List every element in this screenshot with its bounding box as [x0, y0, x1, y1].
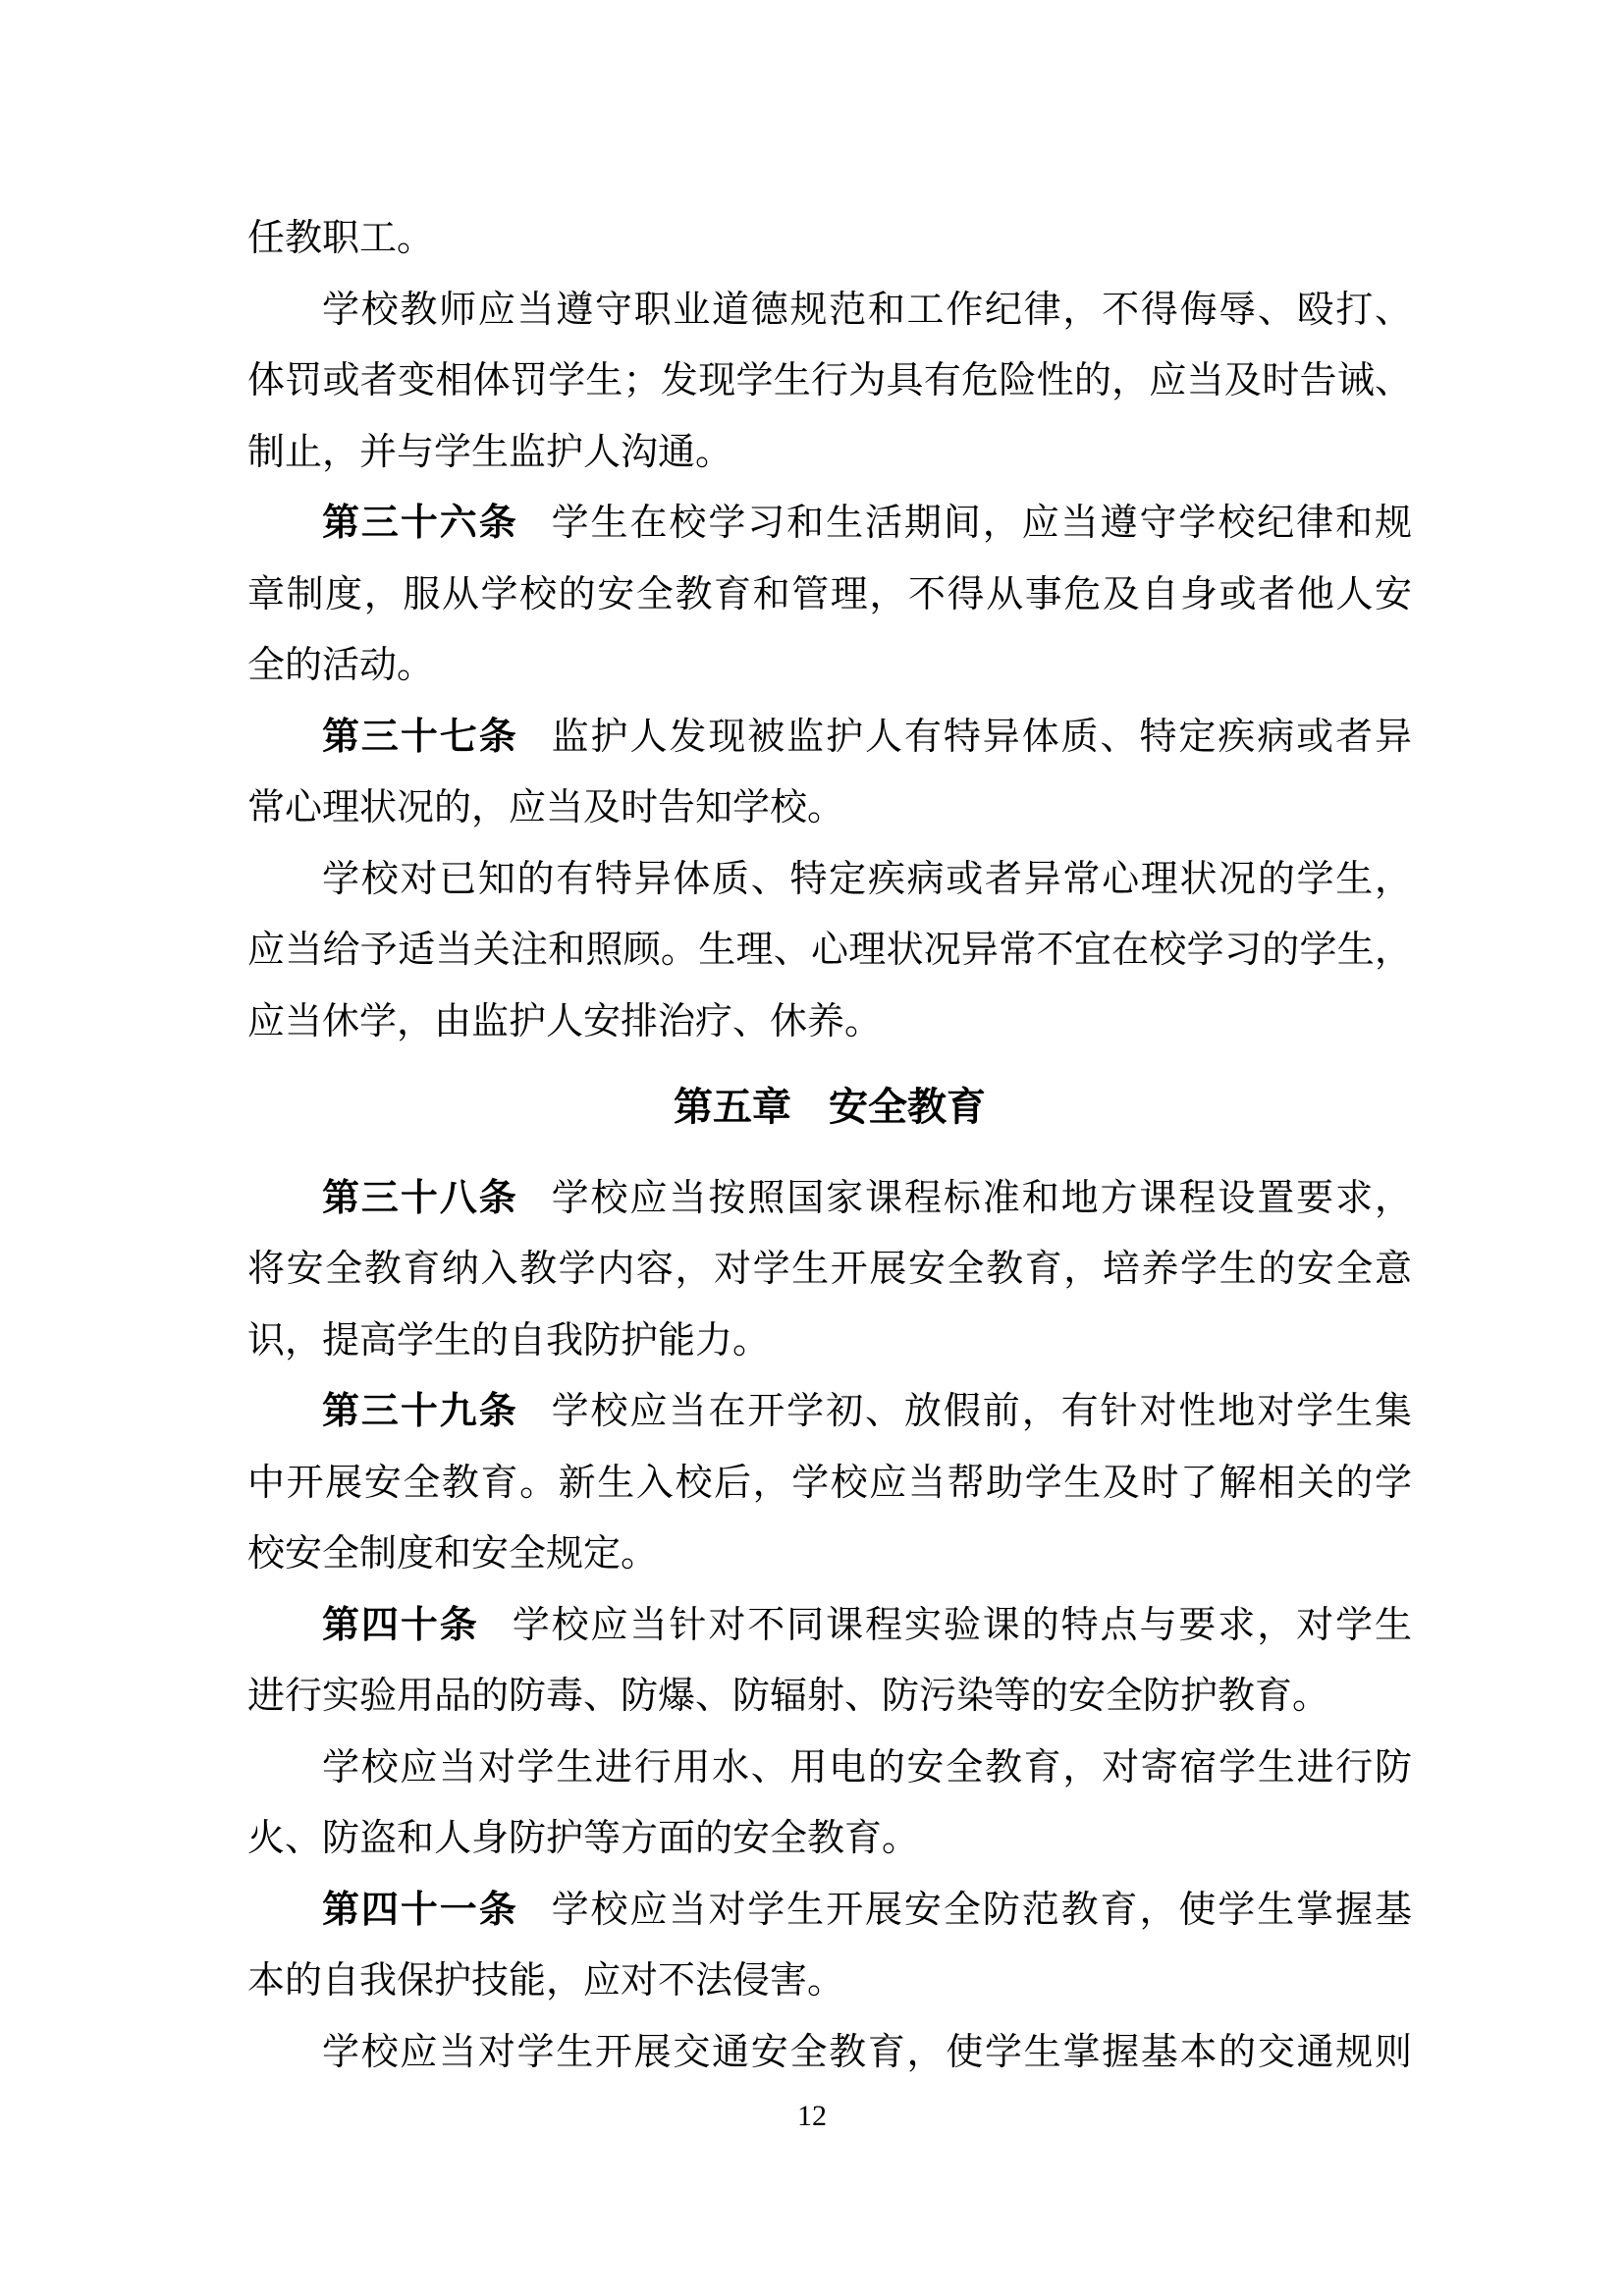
- text-line: 第四十条学校应当针对不同课程实验课的特点与要求，对学生: [247, 1590, 1412, 1662]
- text-line: 学校对已知的有特异体质、特定疾病或者异常心理状况的学生，: [247, 844, 1412, 916]
- line-text: 学校应当针对不同课程实验课的特点与要求，对学生: [513, 1605, 1412, 1646]
- line-text: 任教职工。: [247, 218, 434, 259]
- text-line: 进行实验用品的防毒、防爆、防辐射、防污染等的安全防护教育。: [247, 1661, 1412, 1733]
- text-line: 学校教师应当遵守职业道德规范和工作纪律，不得侮辱、殴打、: [247, 275, 1412, 347]
- line-text: 学校应当在开学初、放假前，有针对性地对学生集: [552, 1391, 1412, 1432]
- line-text: 应当休学，由监护人安排治疗、休养。: [247, 1001, 882, 1042]
- text-line: 第三十七条监护人发现被监护人有特异体质、特定疾病或者异: [247, 702, 1412, 774]
- text-line: 学校应当对学生进行用水、用电的安全教育，对寄宿学生进行防: [247, 1733, 1412, 1804]
- line-text: 学校应当对学生进行用水、用电的安全教育，对寄宿学生进行防: [322, 1747, 1412, 1789]
- text-line: 校安全制度和安全规定。: [247, 1519, 1412, 1590]
- document-page: 任教职工。学校教师应当遵守职业道德规范和工作纪律，不得侮辱、殴打、体罚或者变相体…: [0, 0, 1624, 2296]
- text-line: 第四十一条学校应当对学生开展安全防范教育，使学生掌握基: [247, 1875, 1412, 1947]
- line-text: 体罚或者变相体罚学生；发现学生行为具有危险性的，应当及时告诫、: [247, 360, 1412, 401]
- line-text: 学生在校学习和生活期间，应当遵守学校纪律和规: [552, 503, 1412, 544]
- line-text: 学校应当对学生开展安全防范教育，使学生掌握基: [552, 1890, 1412, 1931]
- line-text: 学校教师应当遵守职业道德规范和工作纪律，不得侮辱、殴打、: [322, 290, 1412, 331]
- text-line: 中开展安全教育。新生入校后，学校应当帮助学生及时了解相关的学: [247, 1448, 1412, 1520]
- text-line: 任教职工。: [247, 203, 1412, 275]
- line-text: 常心理状况的，应当及时告知学校。: [247, 787, 844, 828]
- article-number: 第三十六条: [322, 503, 518, 544]
- line-text: 制止，并与学生监护人沟通。: [247, 432, 732, 473]
- text-line: 第三十六条学生在校学习和生活期间，应当遵守学校纪律和规: [247, 488, 1412, 560]
- text-line: 制止，并与学生监护人沟通。: [247, 417, 1412, 489]
- line-text: 进行实验用品的防毒、防爆、防辐射、防污染等的安全防护教育。: [247, 1676, 1329, 1717]
- line-text: 学校应当按照国家课程标准和地方课程设置要求，: [552, 1178, 1412, 1219]
- text-line: 识，提高学生的自我防护能力。: [247, 1306, 1412, 1377]
- line-text: 学校应当对学生开展交通安全教育，使学生掌握基本的交通规则: [322, 2032, 1412, 2073]
- text-line: 应当给予适当关注和照顾。生理、心理状况异常不宜在校学习的学生，: [247, 915, 1412, 987]
- chapter-number: 第五章: [674, 1085, 791, 1129]
- line-text: 章制度，服从学校的安全教育和管理，不得从事危及自身或者他人安: [247, 574, 1412, 615]
- line-text: 学校对已知的有特异体质、特定疾病或者异常心理状况的学生，: [322, 859, 1412, 900]
- text-line: 火、防盗和人身防护等方面的安全教育。: [247, 1803, 1412, 1875]
- line-text: 全的活动。: [247, 645, 434, 686]
- line-text: 本的自我保护技能，应对不法侵害。: [247, 1960, 844, 2002]
- text-line: 应当休学，由监护人安排治疗、休养。: [247, 987, 1412, 1058]
- page-number: 12: [0, 2099, 1624, 2134]
- article-number: 第三十九条: [322, 1391, 518, 1432]
- text-line: 体罚或者变相体罚学生；发现学生行为具有危险性的，应当及时告诫、: [247, 346, 1412, 417]
- line-text: 将安全教育纳入教学内容，对学生开展安全教育，培养学生的安全意: [247, 1249, 1412, 1290]
- document-content: 任教职工。学校教师应当遵守职业道德规范和工作纪律，不得侮辱、殴打、体罚或者变相体…: [247, 203, 1412, 2088]
- text-line: 第三十八条学校应当按照国家课程标准和地方课程设置要求，: [247, 1163, 1412, 1235]
- line-text: 中开展安全教育。新生入校后，学校应当帮助学生及时了解相关的学: [247, 1463, 1412, 1504]
- article-number: 第四十一条: [322, 1890, 518, 1931]
- line-text: 校安全制度和安全规定。: [247, 1533, 658, 1575]
- text-line: 第三十九条学校应当在开学初、放假前，有针对性地对学生集: [247, 1376, 1412, 1448]
- line-text: 识，提高学生的自我防护能力。: [247, 1320, 770, 1362]
- text-line: 章制度，服从学校的安全教育和管理，不得从事危及自身或者他人安: [247, 560, 1412, 631]
- chapter-heading: 第五章安全教育: [247, 1072, 1412, 1144]
- text-line: 将安全教育纳入教学内容，对学生开展安全教育，培养学生的安全意: [247, 1234, 1412, 1306]
- line-text: 火、防盗和人身防护等方面的安全教育。: [247, 1818, 919, 1859]
- line-text: 应当给予适当关注和照顾。生理、心理状况异常不宜在校学习的学生，: [247, 930, 1412, 971]
- article-number: 第三十八条: [322, 1178, 518, 1219]
- text-line: 本的自我保护技能，应对不法侵害。: [247, 1946, 1412, 2017]
- text-line: 学校应当对学生开展交通安全教育，使学生掌握基本的交通规则: [247, 2017, 1412, 2089]
- article-number: 第三十七条: [322, 717, 518, 758]
- line-text: 监护人发现被监护人有特异体质、特定疾病或者异: [552, 717, 1412, 758]
- text-line: 常心理状况的，应当及时告知学校。: [247, 773, 1412, 844]
- text-line: 全的活动。: [247, 630, 1412, 702]
- article-number: 第四十条: [322, 1605, 479, 1646]
- chapter-title: 安全教育: [829, 1085, 986, 1129]
